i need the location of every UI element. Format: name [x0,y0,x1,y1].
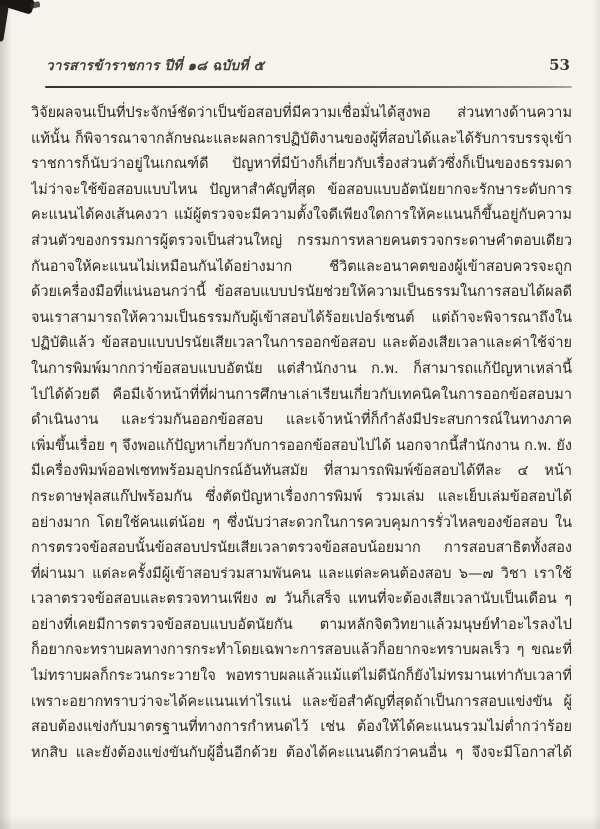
text-line: ก็อยากจะทราบผลทางการกระทำโดยเฉพาะการสอบแ… [31,638,572,664]
scan-ink-artifact [0,4,9,42]
text-line: ราชการก็นับว่าอยู่ในเกณฑ์ดี ปัญหาที่มีบ้… [31,152,572,178]
text-line: เพราะอยากทราบว่าจะได้คะแนนเท่าไรแน่ และข… [31,690,572,716]
scan-ink-artifact [29,1,40,9]
text-line: อย่างมาก โดยใช้คนแต่น้อย ๆ ซึ่งนับว่าสะด… [31,511,572,537]
page-number: 53 [549,56,570,74]
text-line: เวลาตรวจข้อสอบและตรวจทานเพียง ๗ วันก็เสร… [31,587,572,613]
text-line: ไม่ทราบผลก็กระวนกระวายใจ พอทราบผลแล้วแม้… [31,664,572,690]
text-line: คะแนนได้คงเส้นคงวา แม้ผู้ตรวจจะมีความตั้… [31,203,572,229]
right-edge-scan-shadow [592,0,600,829]
text-line: ในการพิมพ์มากกว่าข้อสอบแบบอัตนัย แต่สำนั… [31,357,572,383]
text-line: กระดาษฟุลสแก๊ปพร้อมกัน ซึ่งตัดปัญหาเรื่อ… [31,485,572,511]
text-line: ไปได้ด้วยดี คือมีเจ้าหน้าที่ที่ผ่านการศึ… [31,383,572,409]
text-line: ส่วนตัวของกรรมการผู้ตรวจเป็นส่วนใหญ่ กรร… [31,229,572,255]
left-edge-scan-shadow [0,0,12,829]
document-page: วารสารข้าราชการ ปีที่ ๑๘ ฉบับที่ ๕ 53 วิ… [0,0,600,829]
text-line: มีเครื่องพิมพ์ออฟเซทพร้อมอุปกรณ์อันทันสม… [31,459,572,485]
journal-title: วารสารข้าราชการ ปีที่ ๑๘ ฉบับที่ ๕ [46,54,264,76]
text-line: สอบต้องแข่งกับมาตรฐานที่ทางการกำหนดไว้ เ… [31,715,572,741]
text-line: จนเราสามารถให้ความเป็นธรรมกับผู้เข้าสอบไ… [31,306,572,332]
text-line: การตรวจข้อสอบนั้นข้อสอบปรนัยเสียเวลาตรวจ… [31,536,572,562]
text-line: อย่างที่เคยมีการตรวจข้อสอบแบบอัตนัยกัน ต… [31,613,572,639]
text-line: หกสิบ และยังต้องแข่งขันกับผู้อื่นอีกด้วย… [31,741,572,767]
text-line: แท้นั้น ก็พิจารณาจากลักษณะและผลการปฏิบัต… [31,127,572,153]
page-header: วารสารข้าราชการ ปีที่ ๑๘ ฉบับที่ ๕ 53 [46,54,570,76]
text-line: เพิ่มขึ้นเรื่อย ๆ จึงพอแก้ปัญหาเกี่ยวกับ… [31,434,572,460]
text-line: ดำเนินงาน และร่วมกันออกข้อสอบ และเจ้าหน้… [31,408,572,434]
body-text-block: วิจัยผลจนเป็นที่ประจักษ์ชัดว่าเป็นข้อสอบ… [31,101,572,766]
text-line: ปฏิบัติแล้ว ข้อสอบแบบปรนัยเสียเวลาในการอ… [31,331,572,357]
text-line: ที่ผ่านมา แต่ละครั้งมีผู้เข้าสอบร่วมสามพ… [31,562,572,588]
header-divider-rule [45,86,572,88]
text-line: ไม่ว่าจะใช้ข้อสอบแบบไหน ปัญหาสำคัญที่สุด… [31,178,572,204]
bottom-edge-scan-shadow [0,815,600,829]
text-line: วิจัยผลจนเป็นที่ประจักษ์ชัดว่าเป็นข้อสอบ… [31,101,572,127]
text-line: ด้วยเครื่องมือที่แน่นอนกว่านี้ ข้อสอบแบบ… [31,280,572,306]
text-line: กันอาจให้คะแนนไม่เหมือนกันได้อย่างมาก ชี… [31,255,572,281]
